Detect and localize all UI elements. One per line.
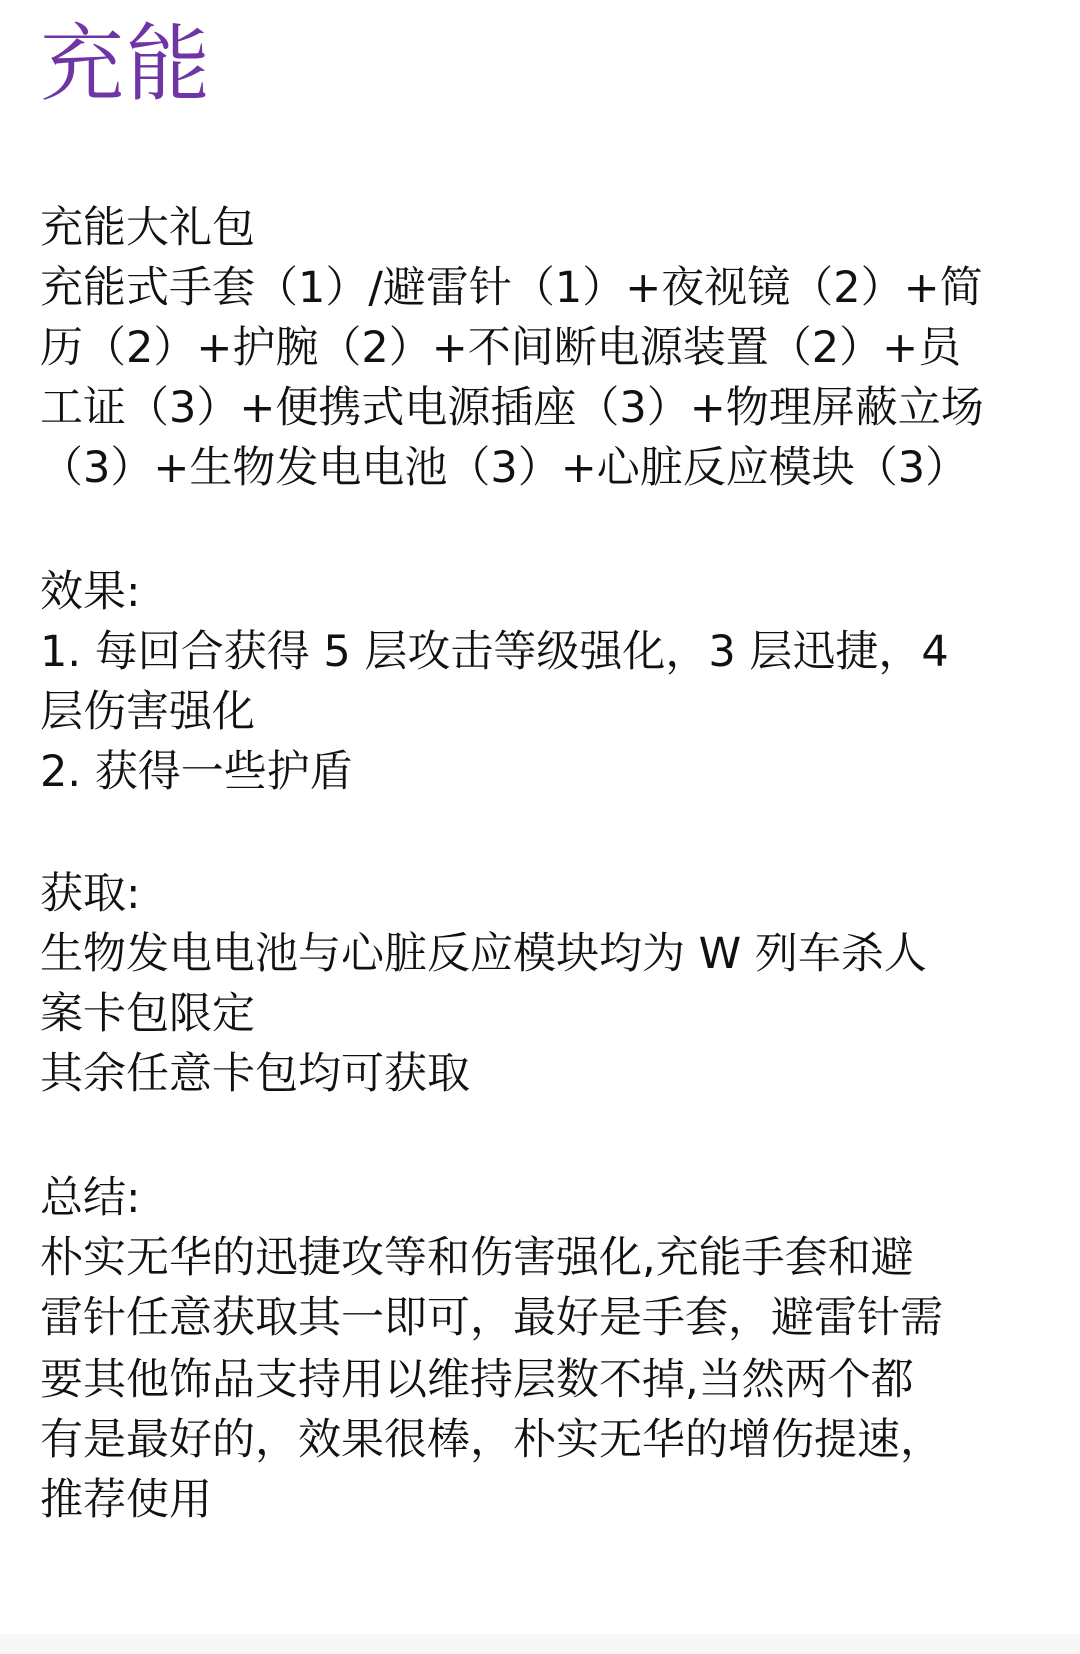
summary-line: 雷针任意获取其一即可，最好是手套，避雷针需	[40, 1288, 943, 1348]
effects-line: 层伤害强化	[40, 682, 255, 742]
effects-line: 2. 获得一些护盾	[40, 742, 353, 802]
acquire-line: 其余任意卡包均可获取	[40, 1044, 470, 1104]
summary-heading: 总结:	[40, 1168, 141, 1228]
acquire-line: 生物发电电池与心脏反应模块均为 W 列车杀人	[40, 924, 927, 984]
bundle-line: 工证（3）+便携式电源插座（3）+物理屏蔽立场	[40, 378, 984, 438]
summary-line: 要其他饰品支持用以维持层数不掉,当然两个都	[40, 1350, 914, 1410]
effects-heading: 效果:	[40, 562, 141, 622]
bottom-edge	[0, 1634, 1080, 1654]
effects-line: 1. 每回合获得 5 层攻击等级强化，3 层迅捷，4	[40, 622, 949, 682]
summary-line: 有是最好的，效果很棒，朴实无华的增伤提速，	[40, 1410, 943, 1470]
acquire-line: 案卡包限定	[40, 984, 255, 1044]
bundle-heading: 充能大礼包	[40, 198, 255, 258]
summary-line: 朴实无华的迅捷攻等和伤害强化,充能手套和避	[40, 1228, 914, 1288]
bundle-line: （3）+生物发电电池（3）+心脏反应模块（3）	[40, 438, 968, 498]
bundle-line: 充能式手套（1）/避雷针（1）+夜视镜（2）+简	[40, 258, 983, 318]
bundle-line: 历（2）+护腕（2）+不间断电源装置（2）+员	[40, 318, 961, 378]
page-title: 充能	[40, 18, 212, 110]
acquire-heading: 获取:	[40, 864, 141, 924]
summary-line: 推荐使用	[40, 1470, 212, 1530]
